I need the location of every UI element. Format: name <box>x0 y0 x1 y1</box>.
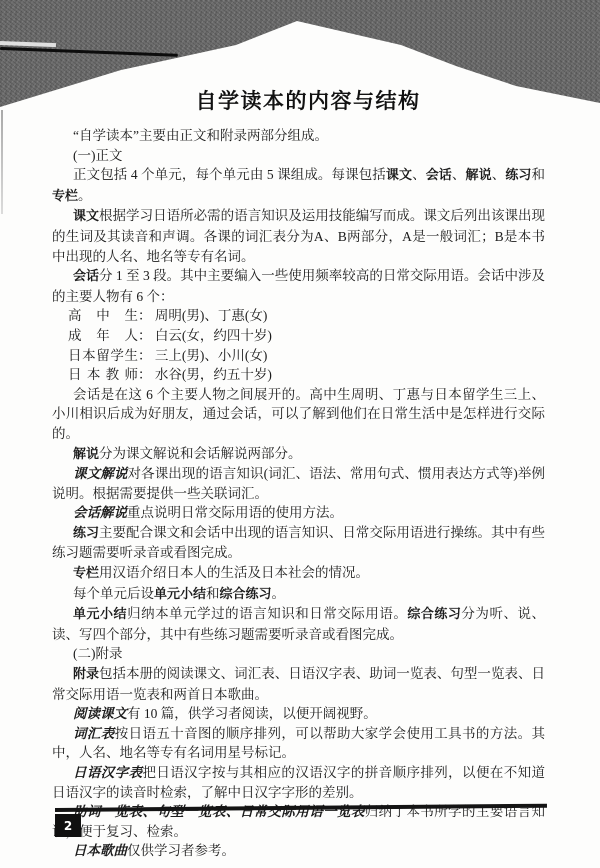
text-segment: 分 1 至 3 段。其中主要编入一些使用频率较高的日常交际用语。会话中涉及的主要… <box>52 268 545 304</box>
paragraph: 课文根据学习日语所必需的语言知识及运用技能编写而成。课文后列出该课出现的生词及其… <box>52 206 545 266</box>
text-segment: 正文包括 4 个单元，每个单元由 5 课组成。每课包括 <box>73 167 386 182</box>
text-segment: 仅供学习者参考。 <box>127 843 235 858</box>
roster-separator: ： <box>138 348 152 363</box>
paragraph: 练习主要配合课文和会话中出现的语言知识、日常交际用语进行操练。其中有些练习题需要… <box>52 523 545 563</box>
text-segment: 按日语五十音图的顺序排列，可以帮助大家学会使用工具书的方法。其中，人名、地名等专… <box>52 726 545 761</box>
paragraph: (一)正文 <box>52 146 545 166</box>
paragraph: 词汇表按日语五十音图的顺序排列，可以帮助大家学会使用工具书的方法。其中，人名、地… <box>52 724 545 763</box>
roster-row: 高中生： 周明(男)、丁惠(女) <box>68 306 545 326</box>
text-segment: 单元小结 <box>154 587 206 602</box>
text-segment: 综合练习 <box>407 607 461 622</box>
text-segment: 包括本册的阅读课文、词汇表、日语汉字表、助词一览表、句型一览表、日常交际用语一览… <box>52 666 545 702</box>
paragraph: “自学读本”主要由正文和附录两部分组成。 <box>52 126 545 146</box>
text-segment: 和 <box>206 586 220 601</box>
paragraph: (二)附录 <box>52 644 545 664</box>
text-segment: 练习 <box>505 168 531 183</box>
roster-row: 日本教师： 水谷(男，约五十岁) <box>68 365 545 385</box>
text-segment: 词汇表 <box>73 726 115 741</box>
paragraph: 日本歌曲仅供学习者参考。 <box>52 841 545 861</box>
paragraph: 附录包括本册的阅读课文、词汇表、日语汉字表、助词一览表、句型一览表、日常交际用语… <box>52 664 545 704</box>
paragraph: 会话分 1 至 3 段。其中主要编入一些使用频率较高的日常交际用语。会话中涉及的… <box>52 266 545 306</box>
text-segment: 根据学习日语所必需的语言知识及运用技能编写而成。课文后列出该课出现的生词及其读音… <box>52 208 545 263</box>
text-segment: 解说 <box>466 168 492 183</box>
text-segment: 。 <box>78 188 92 203</box>
roster-separator: ： <box>138 367 152 382</box>
paragraph: 阅读课文有 10 篇，供学习者阅读，以便开阔视野。 <box>52 704 545 724</box>
text-segment: (一)正文 <box>73 148 123 163</box>
paragraph: 正文包括 4 个单元，每个单元由 5 课组成。每课包括课文、会话、解说、练习和专… <box>52 165 545 206</box>
text-segment: 会话 <box>73 269 99 284</box>
page-number: 2 <box>64 819 72 833</box>
text-segment: 会话解说 <box>73 505 127 520</box>
text-segment: 重点说明日常交际用语的使用方法。 <box>127 505 343 520</box>
roster-separator: ： <box>138 328 152 343</box>
roster-row: 成年人： 白云(女，约四十岁) <box>68 326 545 346</box>
text-segment: 附录 <box>73 667 99 682</box>
paragraph: 会话解说重点说明日常交际用语的使用方法。 <box>52 503 545 523</box>
text-segment: 。 <box>272 586 286 601</box>
text-segment: “自学读本”主要由正文和附录两部分组成。 <box>73 128 328 143</box>
text-segment: 解说 <box>73 447 99 462</box>
text-segment: 用汉语介绍日本人的生活及日本社会的情况。 <box>99 565 369 580</box>
text-segment: 课文解说 <box>73 466 127 481</box>
paragraph: 日语汉字表把日语汉字按与其相应的汉语汉字的拼音顺序排列，以便在不知道日语汉字的读… <box>52 763 545 802</box>
text-segment: 、 <box>412 167 426 182</box>
text-segment: 、 <box>492 167 506 182</box>
paragraph: 单元小结归纳本单元学过的语言知识和日常交际用语。综合练习分为听、说、读、写四个部… <box>52 604 545 644</box>
text-segment: 会话是在这 6 个主要人物之间展开的。高中生周明、丁惠与日本留学生三上、小川相识… <box>52 387 545 441</box>
text-segment: 、 <box>452 167 466 182</box>
text-segment: 专栏 <box>73 566 99 581</box>
text-segment: 和 <box>532 167 546 182</box>
text-segment: 会话 <box>426 168 452 183</box>
roster-row: 日本留学生： 三上(男)、小川(女) <box>68 346 545 366</box>
roster-desc: 三上(男)、小川(女) <box>152 348 268 363</box>
text-segment: 每个单元后设 <box>73 586 154 601</box>
content-area: “自学读本”主要由正文和附录两部分组成。(一)正文正文包括 4 个单元，每个单元… <box>52 126 545 861</box>
text-segment: 课文 <box>73 209 99 224</box>
roster-role: 高中生 <box>68 306 138 326</box>
text-segment: 日语汉字表 <box>73 765 142 780</box>
text-segment: 有 10 篇，供学习者阅读，以便开阔视野。 <box>127 706 377 721</box>
roster-separator: ： <box>138 308 152 323</box>
text-segment: 阅读课文 <box>73 706 127 721</box>
roster-desc: 水谷(男，约五十岁) <box>152 367 272 382</box>
page-title: 自学读本的内容与结构 <box>0 85 600 115</box>
paragraph: 每个单元后设单元小结和综合练习。 <box>52 584 545 605</box>
text-segment: 分为课文解说和会话解说两部分。 <box>99 446 302 461</box>
text-segment: 归纳本单元学过的语言知识和日常交际用语。 <box>127 606 407 621</box>
paragraph: 解说分为课文解说和会话解说两部分。 <box>52 444 545 465</box>
page-number-badge: 2 <box>55 814 81 837</box>
paragraph: 课文解说对各课出现的语言知识(词汇、语法、常用句式、惯用表达方式等)举例说明。根… <box>52 464 545 503</box>
text-segment: 日本歌曲 <box>73 843 127 858</box>
left-page-edge-shadow <box>1 110 3 214</box>
text-segment: 课文 <box>386 168 412 183</box>
paragraph: 会话是在这 6 个主要人物之间展开的。高中生周明、丁惠与日本留学生三上、小川相识… <box>52 385 545 444</box>
text-segment: (二)附录 <box>73 646 123 661</box>
text-segment: 综合练习 <box>220 587 272 602</box>
roster-role: 日本教师 <box>68 365 138 385</box>
roster-desc: 周明(男)、丁惠(女) <box>152 308 268 323</box>
roster-desc: 白云(女，约四十岁) <box>152 328 272 343</box>
text-segment: 单元小结 <box>73 607 127 622</box>
paragraph: 专栏用汉语介绍日本人的生活及日本社会的情况。 <box>52 563 545 584</box>
roster-role: 成年人 <box>68 326 138 346</box>
text-segment: 专栏 <box>52 189 78 204</box>
text-segment: 练习 <box>73 526 99 541</box>
text-segment: 主要配合课文和会话中出现的语言知识、日常交际用语进行操练。其中有些练习题需要听录… <box>52 525 545 561</box>
roster-role: 日本留学生 <box>68 346 138 366</box>
